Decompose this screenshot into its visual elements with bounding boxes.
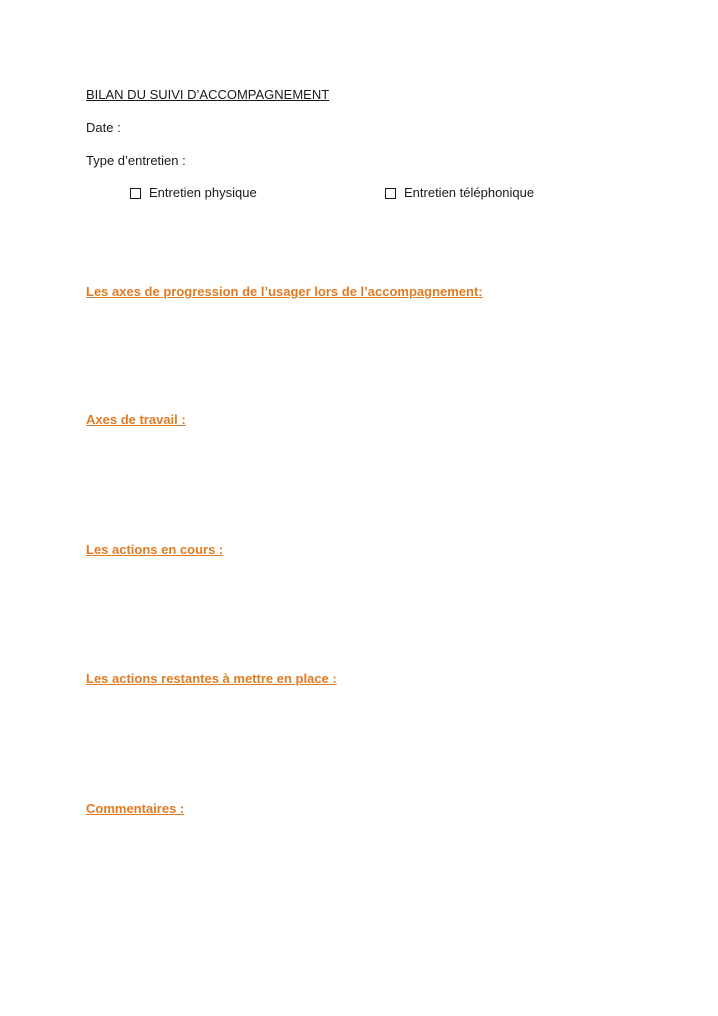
section-heading-work-axes: Axes de travail :: [86, 412, 186, 428]
option-label: Entretien physique: [149, 185, 257, 201]
section-heading-comments: Commentaires :: [86, 801, 184, 817]
document-page: BILAN DU SUIVI D’ACCOMPAGNEMENT Date : T…: [0, 0, 718, 1016]
section-heading-current-actions: Les actions en cours :: [86, 542, 223, 558]
option-physical-interview[interactable]: Entretien physique: [130, 185, 257, 201]
option-label: Entretien téléphonique: [404, 185, 534, 201]
interview-type-label: Type d’entretien :: [86, 153, 186, 169]
checkbox-icon[interactable]: [130, 188, 141, 199]
section-heading-progress: Les axes de progression de l’usager lors…: [86, 284, 483, 300]
section-heading-remaining-actions: Les actions restantes à mettre en place …: [86, 671, 337, 687]
option-phone-interview[interactable]: Entretien téléphonique: [385, 185, 534, 201]
document-title: BILAN DU SUIVI D’ACCOMPAGNEMENT: [86, 87, 329, 103]
checkbox-icon[interactable]: [385, 188, 396, 199]
date-label: Date :: [86, 120, 121, 136]
